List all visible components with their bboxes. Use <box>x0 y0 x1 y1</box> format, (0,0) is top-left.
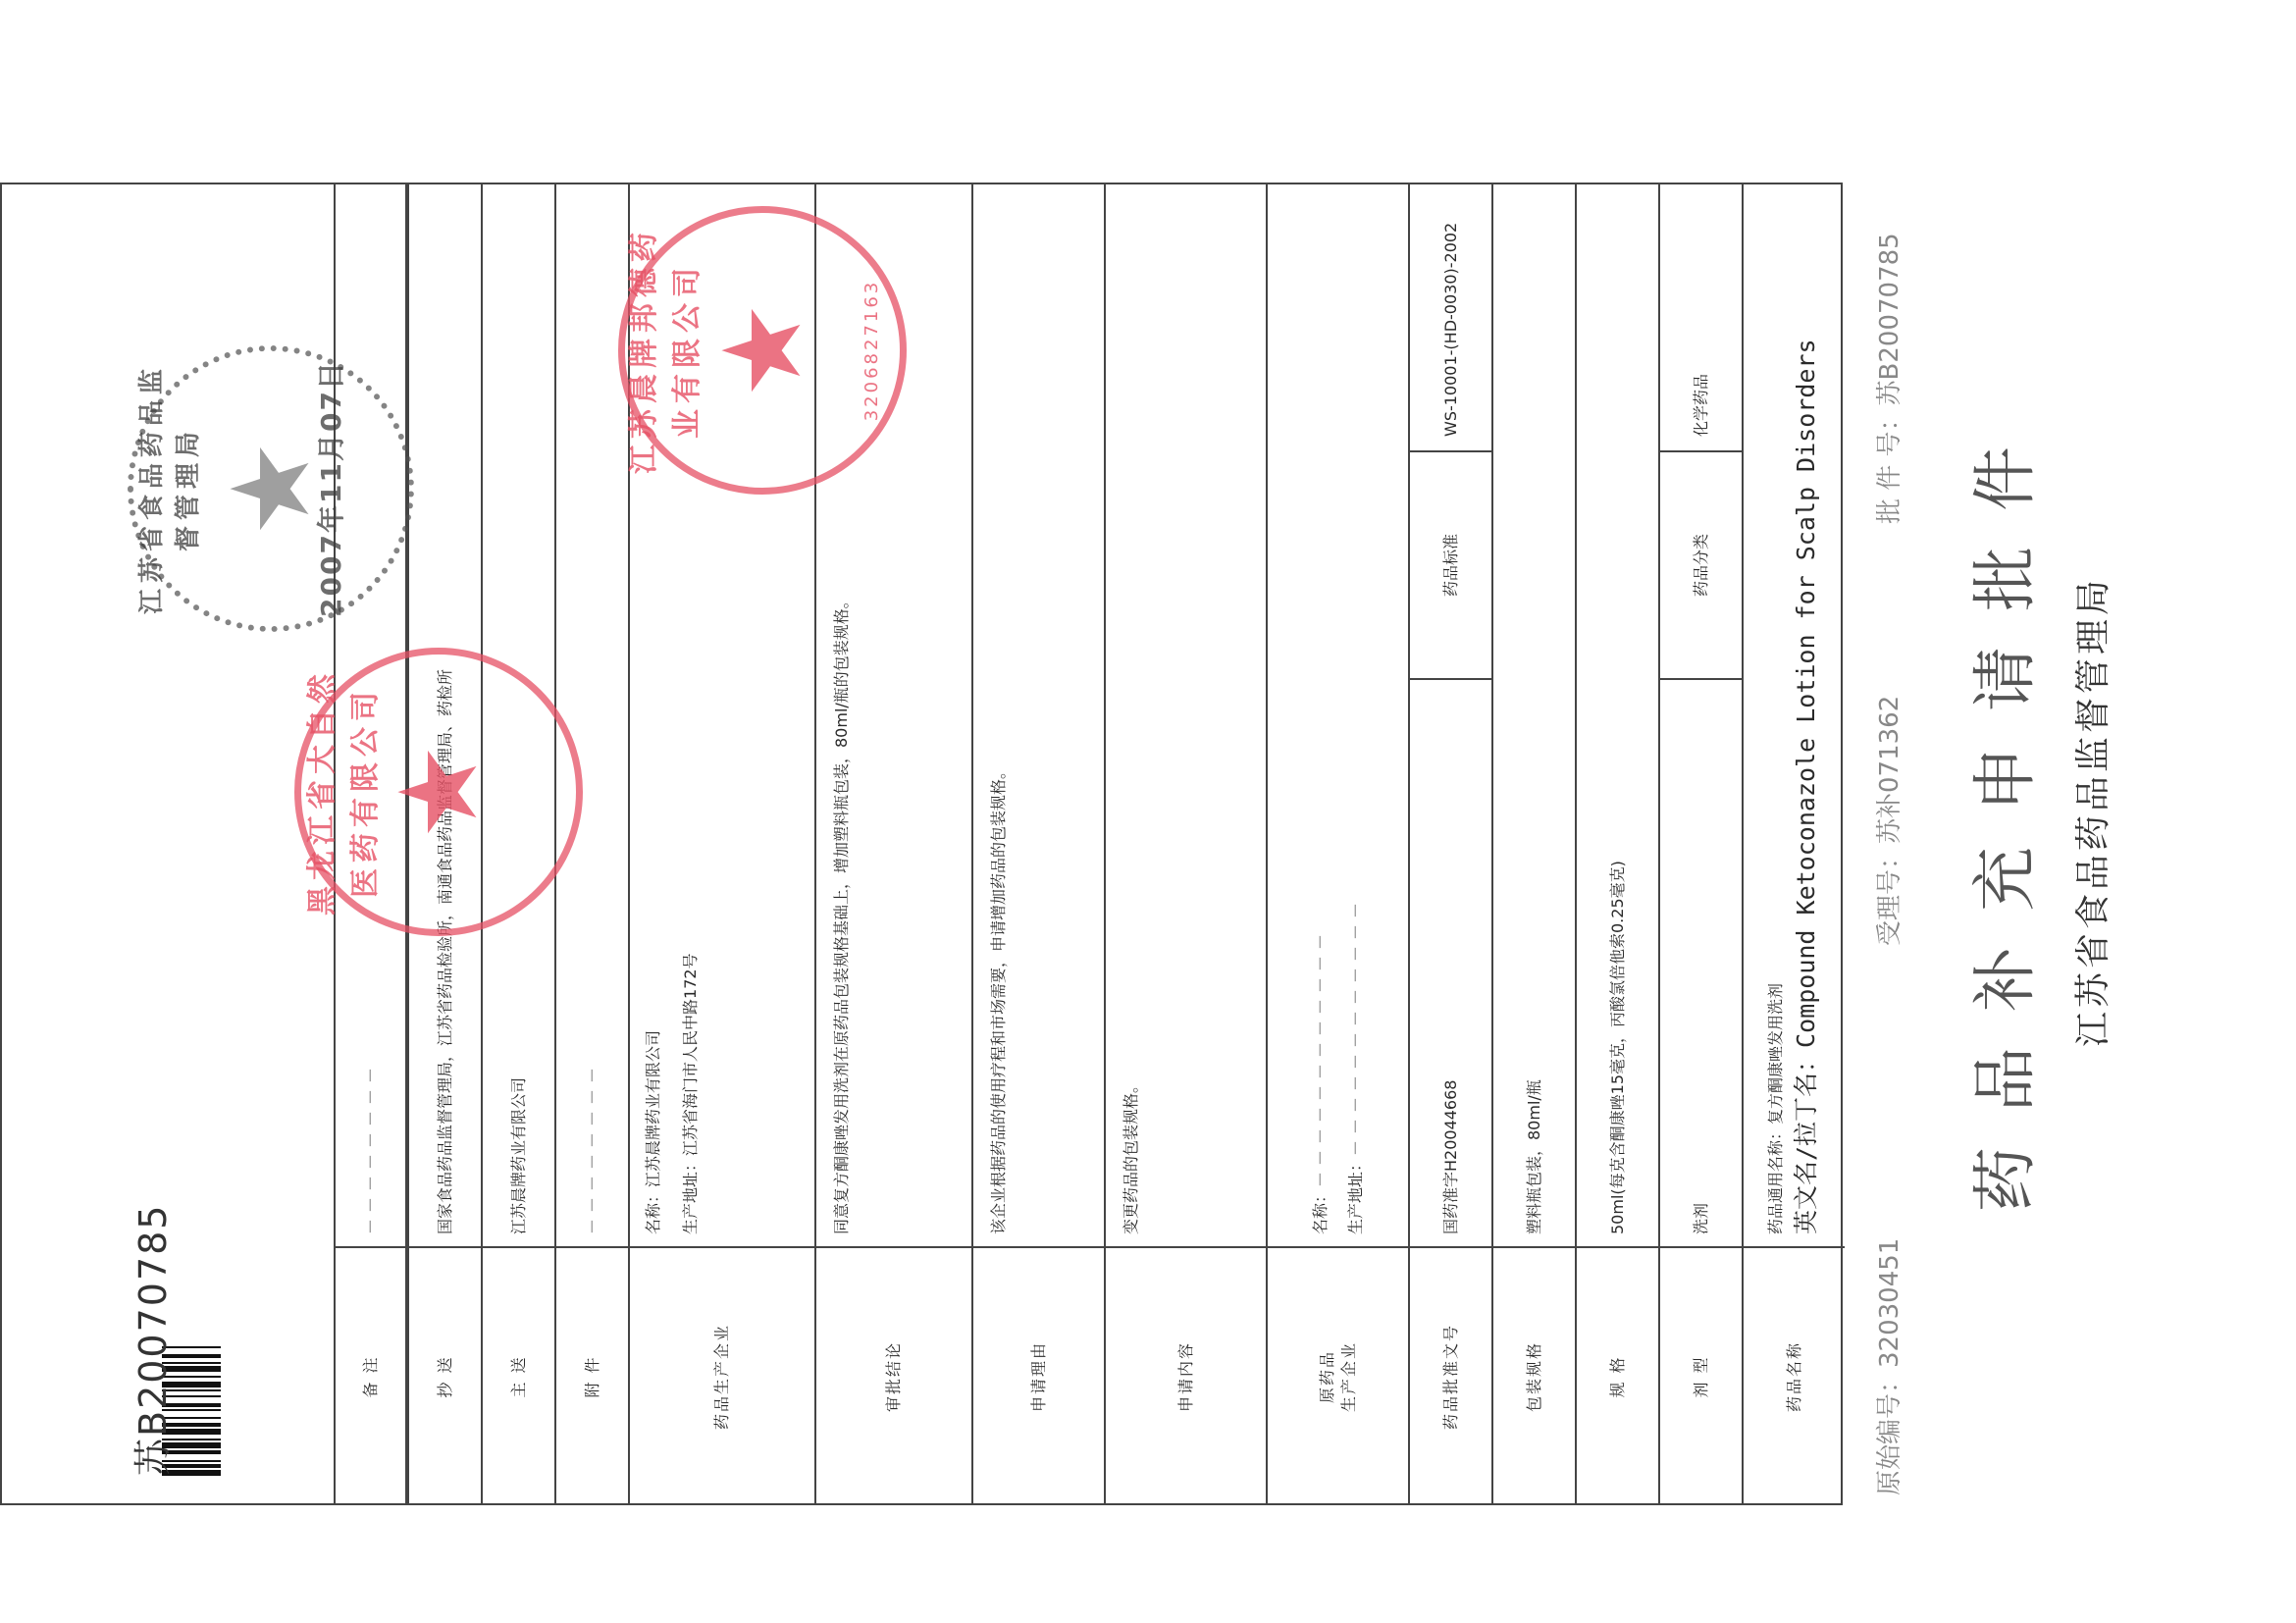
generic-name-value: 复方酮康唑发用洗剂 <box>1766 983 1785 1125</box>
application-content-value: 变更药品的包装规格。 <box>1106 183 1266 1246</box>
seal-star-icon: ★ <box>708 302 816 399</box>
label-attachment: 附 件 <box>556 1246 628 1505</box>
row-approval-doc-no: 药品批准文号 国药准字H20044668 药品标准 WS-10001-(HD-0… <box>1408 183 1491 1505</box>
label-original-drug: 原药品 <box>1317 1350 1338 1403</box>
label-specification: 规 格 <box>1577 1246 1658 1505</box>
label-main-recipient: 主 送 <box>483 1246 554 1505</box>
approval-number-value: 苏B20070785 <box>1869 233 1905 405</box>
application-reason-value: 该企业根据药品的使用疗程和市场需要，申请增加药品的包装规格。 <box>973 183 1104 1246</box>
row-drug-name: 药品名称 药品通用名称：复方酮康唑发用洗剂 英文名/拉丁名：Compound K… <box>1742 183 1845 1505</box>
original-number-value: 32030451 <box>1875 1238 1905 1368</box>
seal-star-icon: ★ <box>217 441 325 538</box>
document-sheet: 江苏省食品药品监督管理局 药品补充申请批件 原始编号：32030451 受理号：… <box>0 0 2296 1623</box>
label-application-content: 申请内容 <box>1106 1246 1266 1505</box>
acceptance-number-label: 受理号： <box>1869 844 1905 946</box>
drug-category-value: 化学药品 <box>1660 183 1742 450</box>
approval-number-label: 批 件 号： <box>1869 405 1905 524</box>
acceptance-number: 受理号：苏补071362 <box>1869 696 1905 946</box>
issuing-agency: 江苏省食品药品监督管理局 <box>2065 0 2115 1623</box>
dosage-form-value: 洗剂 <box>1660 680 1742 1246</box>
manufacturer-name-label: 名称： <box>644 1187 662 1234</box>
company-seal-1-text: 江苏晨牌邦德药业有限公司 <box>619 213 705 488</box>
label-package-spec: 包装规格 <box>1493 1246 1575 1505</box>
official-seal-ring-text: 江苏省食品药品监督管理局 <box>131 351 204 626</box>
drug-standard-value: WS-10001-(HD-0030)-2002 <box>1410 183 1491 450</box>
english-name: 英文名/拉丁名：Compound Ketoconazole Lotion for… <box>1788 339 1825 1234</box>
acceptance-number-value: 苏补071362 <box>1869 696 1905 844</box>
row-application-content: 申请内容 变更药品的包装规格。 <box>1104 183 1266 1505</box>
barcode-number: 苏B20070785 <box>123 1204 177 1476</box>
approval-doc-no-value: 国药准字H20044668 <box>1410 680 1491 1246</box>
manufacturer-address: 生产地址：江苏省海门市人民中路172号 <box>679 953 703 1234</box>
original-manufacturer-address: 生产地址：－－－－－－－－－－－－ <box>1344 897 1368 1234</box>
original-name-label: 名称： <box>1311 1187 1330 1234</box>
specification-value: 50ml(每克含酮康唑15毫克，丙酸氯倍他索0.25毫克) <box>1577 183 1658 1246</box>
original-name-value: －－－－－－－－－－－－ <box>1311 928 1330 1187</box>
row-application-reason: 申请理由 该企业根据药品的使用疗程和市场需要，申请增加药品的包装规格。 <box>971 183 1104 1505</box>
label-drug-standard: 药品标准 <box>1410 450 1491 680</box>
label-manufacturer: 药品生产企业 <box>630 1246 814 1505</box>
company-seal-1: ★ 江苏晨牌邦德药业有限公司 3206827163 <box>618 206 907 495</box>
row-original-manufacturer: 原药品 生产企业 名称：－－－－－－－－－－－－ 生产地址：－－－－－－－－－－… <box>1266 183 1408 1505</box>
label-drug-category: 药品分类 <box>1660 450 1742 680</box>
attachment-value: －－－－－－－－ <box>556 183 628 1246</box>
label-application-reason: 申请理由 <box>973 1246 1104 1505</box>
manufacturer-name-value: 江苏晨牌药业有限公司 <box>644 1030 662 1187</box>
label-remarks: 备 注 <box>336 1246 405 1505</box>
label-dosage-form: 剂 型 <box>1660 1246 1742 1505</box>
original-address-label: 生产地址： <box>1346 1156 1365 1234</box>
label-approval-conclusion: 审批结论 <box>816 1246 971 1505</box>
original-manufacturer-name: 名称：－－－－－－－－－－－－ <box>1309 928 1332 1234</box>
english-name-value: Compound Ketoconazole Lotion for Scalp D… <box>1792 339 1820 1047</box>
label-cc: 抄 送 <box>409 1246 481 1505</box>
package-spec-value: 塑料瓶包装，80ml/瓶 <box>1493 183 1575 1246</box>
label-drug-name: 药品名称 <box>1744 1246 1845 1505</box>
label-approval-doc-no: 药品批准文号 <box>1410 1246 1491 1505</box>
manufacturer-name: 名称：江苏晨牌药业有限公司 <box>642 1030 665 1234</box>
company-seal-2: ★ 黑龙江省大自然医药有限公司 <box>294 648 583 936</box>
generic-name-label: 药品通用名称： <box>1766 1125 1785 1234</box>
manufacturer-address-value: 江苏省海门市人民中路172号 <box>681 953 700 1156</box>
company-seal-2-text: 黑龙江省大自然医药有限公司 <box>297 654 384 929</box>
company-seal-1-code: 3206827163 <box>861 280 882 422</box>
original-address-value: －－－－－－－－－－－－ <box>1346 897 1365 1156</box>
original-number: 原始编号：32030451 <box>1869 1238 1905 1495</box>
english-name-label: 英文名/拉丁名： <box>1792 1048 1820 1234</box>
official-seal: ★ 江苏省食品药品监督管理局 2007年11月07日 <box>128 345 414 632</box>
document-title: 药品补充申请批件 <box>1953 0 2046 1623</box>
manufacturer-address-label: 生产地址： <box>681 1156 700 1234</box>
seal-star-icon: ★ <box>385 744 493 841</box>
original-number-label: 原始编号： <box>1869 1368 1905 1495</box>
row-dosage-form: 剂 型 洗剂 药品分类 化学药品 <box>1658 183 1742 1505</box>
official-seal-date: 2007年11月07日 <box>310 360 349 617</box>
generic-name: 药品通用名称：复方酮康唑发用洗剂 <box>1764 983 1788 1234</box>
label-original-manufacturer: 生产企业 <box>1338 1341 1360 1412</box>
approval-number: 批 件 号：苏B20070785 <box>1869 233 1905 524</box>
row-specification: 规 格 50ml(每克含酮康唑15毫克，丙酸氯倍他索0.25毫克) <box>1575 183 1658 1505</box>
row-package-spec: 包装规格 塑料瓶包装，80ml/瓶 <box>1491 183 1575 1505</box>
